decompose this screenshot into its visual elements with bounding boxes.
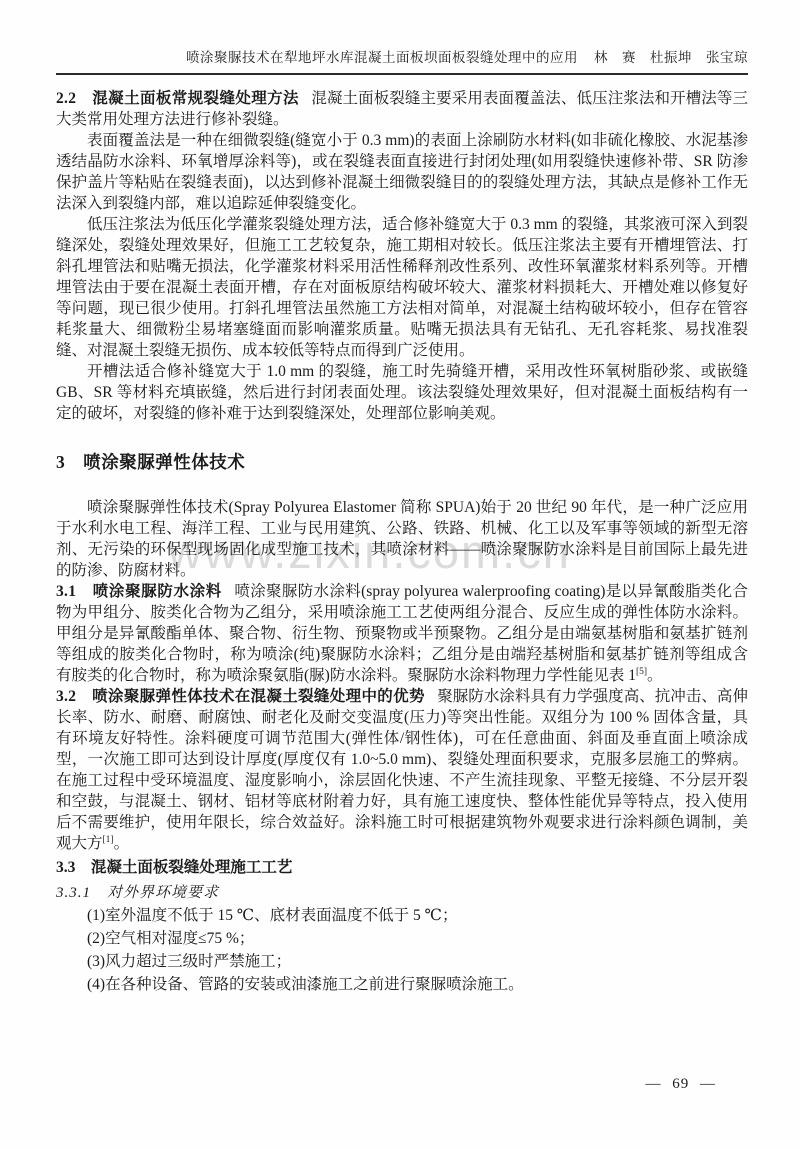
paragraph-low-pressure-grouting: 低压注浆法为低压化学灌浆裂缝处理方法，适合修补缝宽大于 0.3 mm 的裂缝，其… <box>56 214 748 361</box>
paragraph-section-3-2: 3.2 喷涂聚脲弹性体技术在混凝土裂缝处理中的优势聚脲防水涂料具有力学强度高、抗… <box>56 686 748 854</box>
section-3-3-1-heading: 3.3.1 对外界环境要求 <box>56 882 748 904</box>
section-3-heading: 3 喷涂聚脲弹性体技术 <box>56 449 748 474</box>
paragraph-surface-covering: 表面覆盖法是一种在细微裂缝(缝宽小于 0.3 mm)的表面上涂刷防水材料(如非硫… <box>56 130 748 214</box>
running-header-title: 喷涂聚脲技术在犁地坪水库混凝土面板坝面板裂缝处理中的应用 <box>186 46 578 66</box>
paper-page: www.zixin.com.cn 喷涂聚脲技术在犁地坪水库混凝土面板坝面板裂缝处… <box>0 0 800 1150</box>
running-header: 喷涂聚脲技术在犁地坪水库混凝土面板坝面板裂缝处理中的应用 林 赛 杜振坤 张宝琼 <box>56 46 748 73</box>
env-requirement-item-1: (1)室外温度不低于 15 ℃、底材表面温度不低于 5 ℃； <box>56 905 748 927</box>
section-3-2-text: 聚脲防水涂料具有力学强度高、抗冲击、高伸长率、防水、耐磨、耐腐蚀、耐老化及耐交变… <box>56 688 748 852</box>
section-3-2-tail: 。 <box>114 835 130 852</box>
paragraph-slotting-method: 开槽法适合修补缝宽大于 1.0 mm 的裂缝，施工时先骑缝开槽，采用改性环氧树脂… <box>56 361 748 424</box>
env-requirement-item-4: (4)在各种设备、管路的安装或油漆施工之前进行聚脲喷涂施工。 <box>56 974 748 996</box>
paragraph-section-3-1: 3.1 喷涂聚脲防水涂料喷涂聚脲防水涂料(spray polyurea wale… <box>56 581 748 686</box>
citation-5: [5] <box>636 667 647 677</box>
citation-1: [1] <box>103 835 114 845</box>
section-2-2-heading: 2.2 混凝土面板常规裂缝处理方法 <box>56 90 299 107</box>
section-3-1-heading: 3.1 喷涂聚脲防水涂料 <box>56 583 222 600</box>
env-requirement-item-3: (3)风力超过三级时严禁施工； <box>56 951 748 973</box>
section-3-1-tail: 。 <box>647 667 663 684</box>
running-header-authors: 林 赛 杜振坤 张宝琼 <box>594 46 748 66</box>
page-content: 喷涂聚脲技术在犁地坪水库混凝土面板坝面板裂缝处理中的应用 林 赛 杜振坤 张宝琼… <box>56 46 748 996</box>
paragraph-spua-intro: 喷涂聚脲弹性体技术(Spray Polyurea Elastomer 简称 SP… <box>56 497 748 581</box>
section-3-2-heading: 3.2 喷涂聚脲弹性体技术在混凝土裂缝处理中的优势 <box>56 688 425 705</box>
paragraph-section-2-2: 2.2 混凝土面板常规裂缝处理方法混凝土面板裂缝主要采用表面覆盖法、低压注浆法和… <box>56 88 748 130</box>
section-3-3-heading: 3.3 混凝土面板裂缝处理施工工艺 <box>56 857 748 879</box>
env-requirement-item-2: (2)空气相对湿度≤75 %； <box>56 928 748 950</box>
page-number: — 69 — <box>646 1076 717 1093</box>
header-rule <box>56 73 748 75</box>
